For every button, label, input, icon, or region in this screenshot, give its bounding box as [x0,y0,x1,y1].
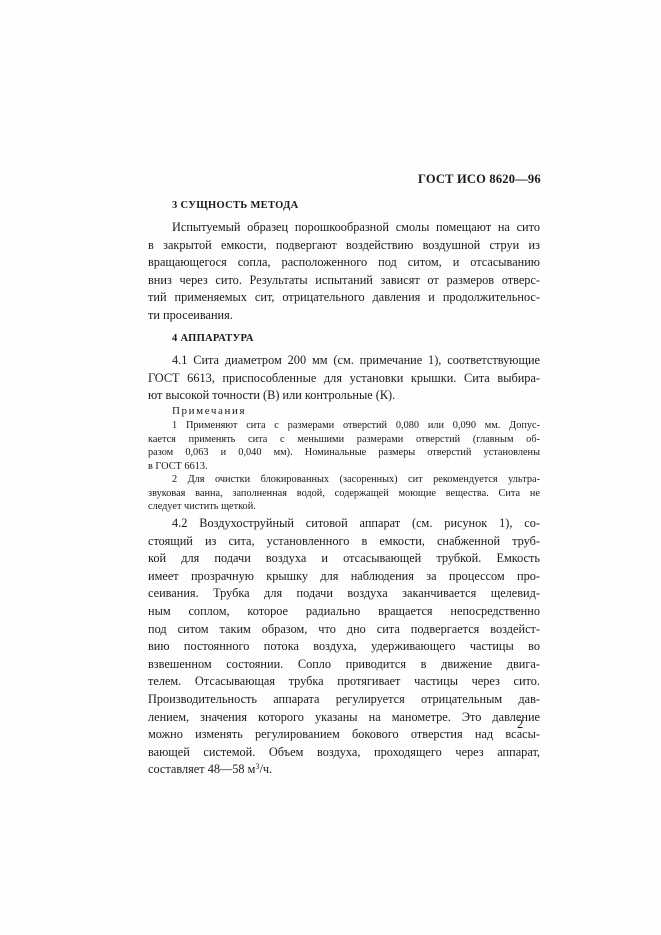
text-line: ют высокой точности (В) или контрольные … [148,387,540,405]
text-line: можно изменять регулированием бокового о… [148,726,540,744]
text-line: вращающегося сопла, расположенного под с… [148,254,540,272]
text-line: стоящий из сита, установленного в емкост… [148,533,540,551]
text-line: взвешенном состоянии. Сопло приводится в… [148,656,540,674]
text-line: телем. Отсасывающая трубка протягивает ч… [148,673,540,691]
text-line: звуковая ванна, заполненная водой, содер… [148,487,540,501]
text-line: тий применяемых сит, отрицательного давл… [148,289,540,307]
paragraph-4-2: 4.2 Воздухоструйный ситовой аппарат (см.… [148,515,540,779]
text-fragment: /ч. [259,762,272,776]
text-line: под ситом таким образом, что дно сита по… [148,621,540,639]
text-line: кой для подачи воздуха и отсасывающей тр… [148,550,540,568]
text-line: следует чистить щеткой. [148,500,540,514]
text-line: в закрытой емкости, подвергают воздейств… [148,237,540,255]
text-line: ным соплом, которое радиально вращается … [148,603,540,621]
text-line: 4.1 Сита диаметром 200 мм (см. примечани… [148,352,540,370]
text-line: вниз через сито. Результаты испытаний за… [148,272,540,290]
note-1: 1 Применяют сита с размерами отверстий 0… [148,419,540,473]
text-line: ГОСТ 6613, приспособленные для установки… [148,370,540,388]
notes-title: Примечания [172,405,246,417]
text-line: вию постоянного потока воздуха, удержива… [148,638,540,656]
section-3-paragraph: Испытуемый образец порошкообразной смолы… [148,219,540,325]
text-line: разом 0,063 и 0,040 мм). Номинальные раз… [148,446,540,460]
text-line: составляет 48—58 м3/ч. [148,761,540,779]
page-number: 2 [517,717,523,732]
text-fragment: составляет 48—58 м [148,762,255,776]
text-line: сеивания. Трубка для подачи воздуха зака… [148,585,540,603]
note-2: 2 Для очистки блокированных (засоренных)… [148,473,540,514]
paragraph-4-1: 4.1 Сита диаметром 200 мм (см. примечани… [148,352,540,405]
section-4-heading: 4 АППАРАТУРА [172,333,254,344]
text-line: в ГОСТ 6613. [148,460,540,474]
text-line: кается применять сита с меньшими размера… [148,433,540,447]
text-line: Испытуемый образец порошкообразной смолы… [148,219,540,237]
text-line: 2 Для очистки блокированных (засоренных)… [148,473,540,487]
text-line: ти просеивания. [148,307,540,325]
text-line: Производительность аппарата регулируется… [148,691,540,709]
document-header: ГОСТ ИСО 8620—96 [418,172,541,187]
text-line: лением, значения которого указаны на ман… [148,709,540,727]
text-line: 1 Применяют сита с размерами отверстий 0… [148,419,540,433]
text-line: 4.2 Воздухоструйный ситовой аппарат (см.… [148,515,540,533]
text-line: имеет прозрачную крышку для наблюдения з… [148,568,540,586]
section-3-heading: 3 СУЩНОСТЬ МЕТОДА [172,200,299,211]
text-line: вающей системой. Объем воздуха, проходящ… [148,744,540,762]
document-page: ГОСТ ИСО 8620—96 3 СУЩНОСТЬ МЕТОДА Испыт… [0,0,661,935]
